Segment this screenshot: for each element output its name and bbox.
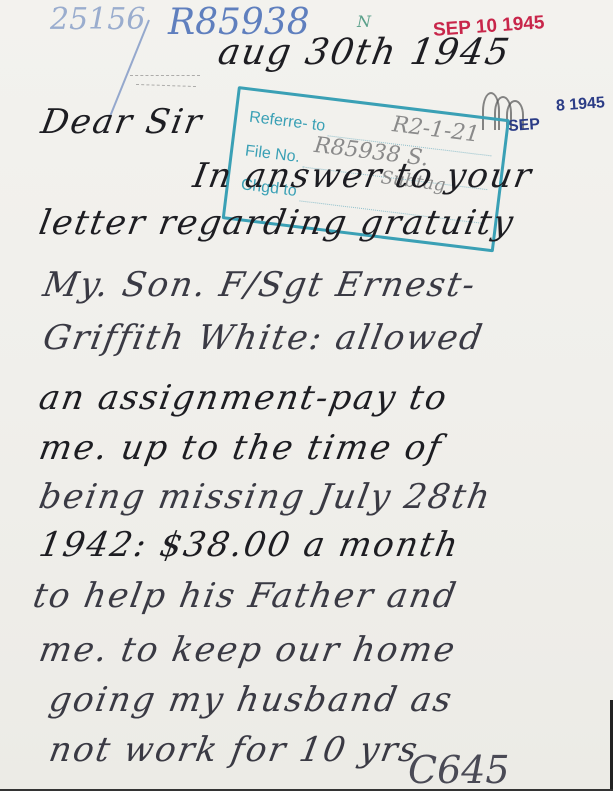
salutation: Dear Sir: [38, 102, 206, 142]
pencil-number: 25156: [50, 2, 145, 37]
body-line: In answer to your: [190, 156, 536, 196]
body-line: Griffith White: allowed: [40, 318, 487, 358]
crease-mark: [130, 75, 200, 76]
body-line: My. Son. F/Sgt Ernest-: [40, 265, 480, 305]
received-stamp-blue-date: 8 1945: [555, 94, 605, 115]
received-stamp-red: SEP 10 1945: [432, 12, 545, 42]
body-line: letter regarding gratuity: [36, 203, 518, 243]
body-line: going my husband as: [46, 680, 456, 720]
received-stamp-blue-month: SEP: [507, 116, 540, 136]
body-line: me. up to the time of: [36, 428, 446, 468]
referred-to-label: Referre- to: [248, 109, 326, 136]
body-line: me. to keep our home: [36, 630, 460, 670]
crease-mark: [136, 84, 196, 87]
margin-tick: N: [357, 12, 371, 31]
bottom-reference: C645: [408, 748, 510, 791]
body-line: being missing July 28th: [36, 477, 495, 517]
body-line: an assignment-pay to: [36, 378, 451, 418]
body-line: 1942: $38.00 a month: [36, 525, 463, 565]
letter-page: 25156 R85938 aug 30th 1945 N SEP 10 1945…: [0, 0, 613, 791]
body-line: not work for 10 yrs: [46, 730, 422, 770]
body-line: to help his Father and: [30, 576, 461, 616]
